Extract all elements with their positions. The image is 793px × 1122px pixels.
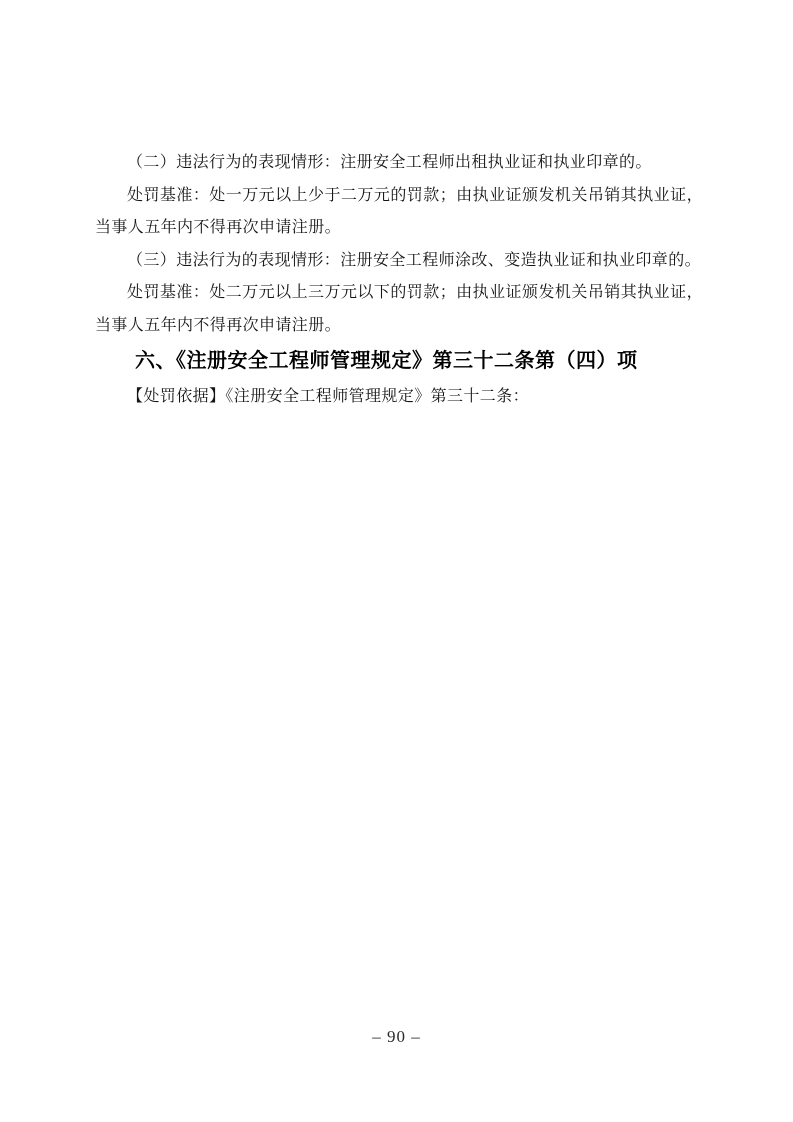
page-number: – 90 – (0, 1027, 793, 1047)
paragraph-penalty-3: 处罚基准：处二万元以上三万元以下的罚款；由执业证颁发机关吊销其执业证，当事人五年… (95, 277, 703, 342)
section-heading: 六、《注册安全工程师管理规定》第三十二条第（四）项 (95, 342, 703, 381)
document-page: （二）违法行为的表现情形：注册安全工程师出租执业证和执业印章的。 处罚基准：处一… (0, 0, 793, 1122)
paragraph-penalty-2: 处罚基准：处一万元以上少于二万元的罚款；由执业证颁发机关吊销其执业证，当事人五年… (95, 180, 703, 245)
page-content: （二）违法行为的表现情形：注册安全工程师出租执业证和执业印章的。 处罚基准：处一… (95, 147, 703, 414)
paragraph-violation-3: （三）违法行为的表现情形：注册安全工程师涂改、变造执业证和执业印章的。 (95, 245, 703, 278)
paragraph-penalty-basis: 【处罚依据】《注册安全工程师管理规定》第三十二条： (95, 381, 703, 414)
paragraph-violation-2: （二）违法行为的表现情形：注册安全工程师出租执业证和执业印章的。 (95, 147, 703, 180)
